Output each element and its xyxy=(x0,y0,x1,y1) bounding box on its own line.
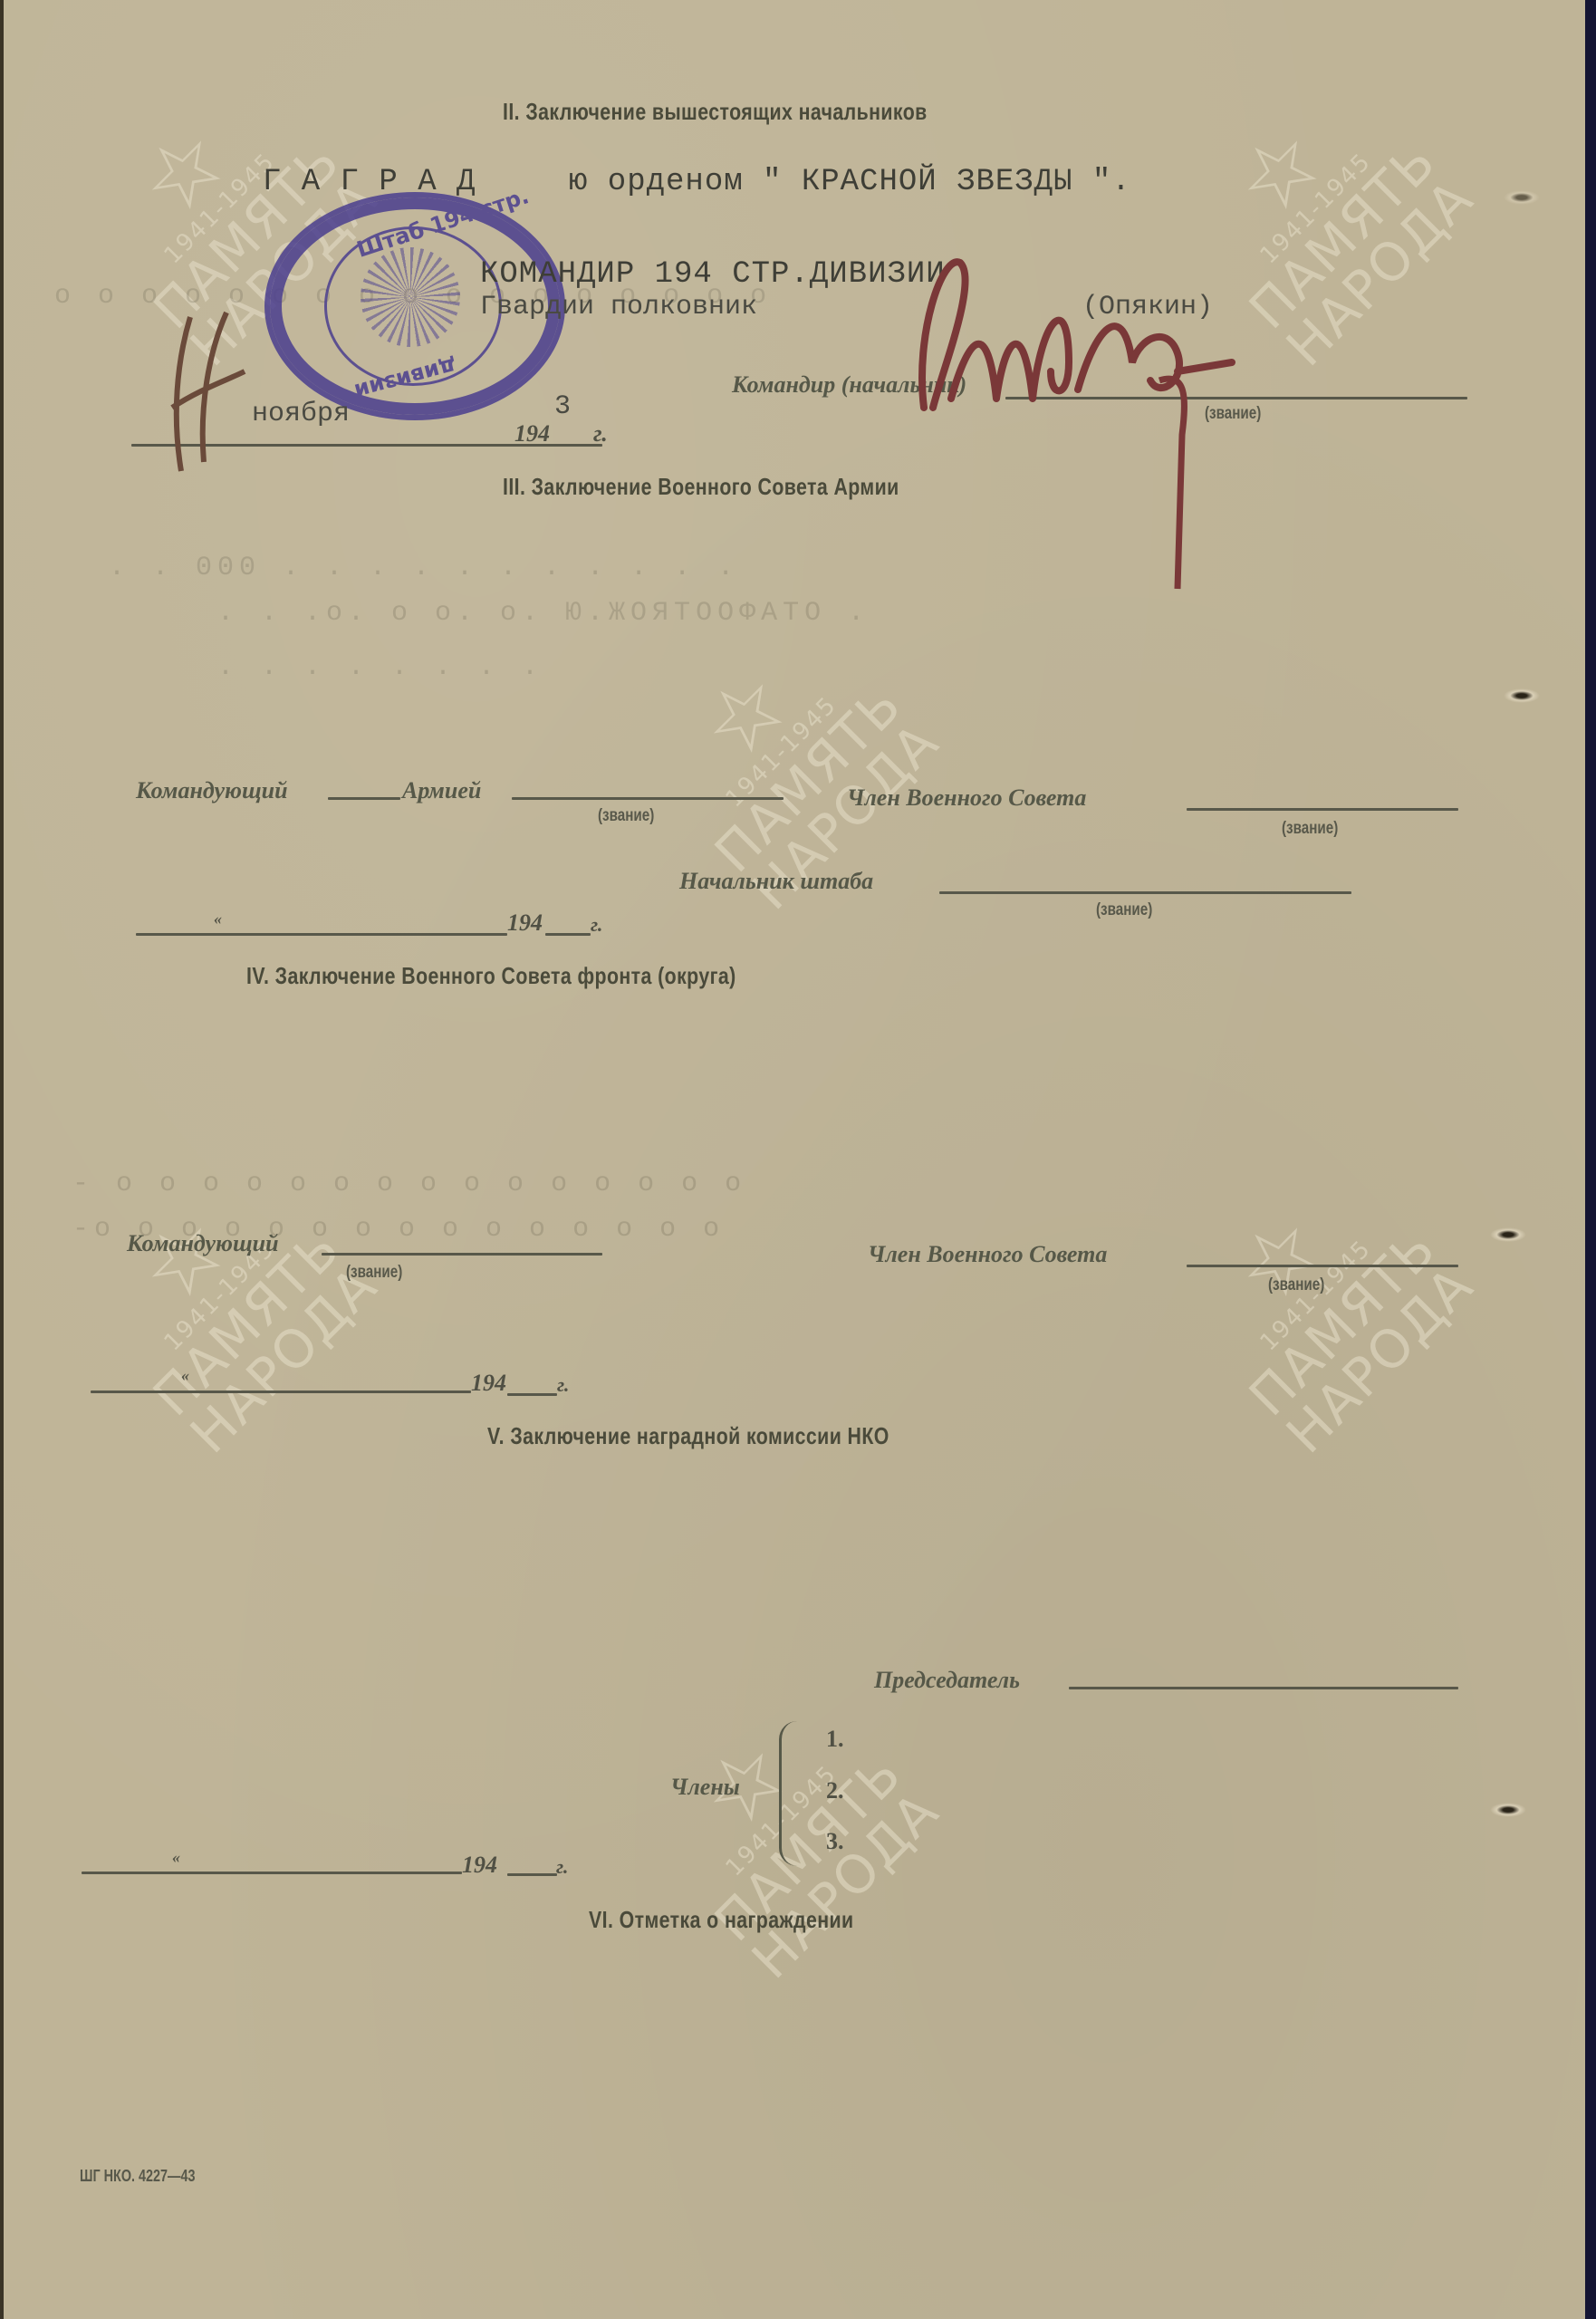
council-member-line xyxy=(1187,808,1458,811)
front-commander-label: Командующий xyxy=(127,1230,279,1257)
date-line xyxy=(136,933,507,936)
bleed-through-text: - о о о о о о о о о о о о о о о xyxy=(72,1169,746,1199)
chief-of-staff-label: Начальник штаба xyxy=(679,868,873,895)
section-5-heading: V. Заключение наградной комиссии НКО xyxy=(487,1422,889,1450)
date-g: г. xyxy=(593,420,608,447)
chairman-label: Председатель xyxy=(874,1667,1020,1694)
front-commander-line xyxy=(322,1253,602,1256)
bleed-through-text: . . . . . . . . xyxy=(217,652,543,683)
typed-commander-name: (Опякин) xyxy=(1082,292,1213,322)
punch-hole xyxy=(1490,1227,1526,1242)
punch-hole xyxy=(1490,1803,1526,1817)
member-1: 1. xyxy=(826,1726,844,1753)
typed-commander-title: КОМАНДИР 194 СТР.ДИВИЗИИ xyxy=(480,257,946,292)
section-4-heading: IV. Заключение Военного Совета фронта (о… xyxy=(246,962,736,990)
date-year: 194 xyxy=(507,909,543,937)
council-member-label: Член Военного Совета xyxy=(868,1241,1107,1268)
army-commander-label: Командующий xyxy=(136,777,288,804)
rank-caption: (звание) xyxy=(1282,819,1338,839)
members-label: Члены xyxy=(670,1774,740,1801)
date-year: 194 xyxy=(462,1852,497,1879)
commander-label: Командир (начальник) xyxy=(732,371,966,399)
chairman-line xyxy=(1069,1687,1458,1689)
date-line xyxy=(91,1390,471,1393)
print-code: ШГ НКО. 4227—43 xyxy=(80,2167,195,2186)
section-3-heading: III. Заключение Военного Совета Армии xyxy=(503,473,899,501)
page-edge-left xyxy=(0,0,4,2319)
document-page xyxy=(0,0,1585,2319)
rank-caption: (звание) xyxy=(598,806,654,826)
section-2-heading: II. Заключение вышестоящих начальников xyxy=(503,98,928,126)
date-line xyxy=(82,1872,462,1874)
rank-caption: (звание) xyxy=(1268,1275,1324,1295)
scan-border-right xyxy=(1585,0,1596,2319)
punch-hole xyxy=(1504,190,1540,205)
date-year: 194 xyxy=(471,1370,506,1397)
bleed-through-text: . . 000 . . . . . . . . . . . xyxy=(109,553,739,583)
coat-of-arms-icon xyxy=(361,247,460,347)
typed-date-year-digit: 3 xyxy=(554,391,571,422)
typed-commander-rank: Гвардии полковник xyxy=(480,292,757,322)
rank-caption: (звание) xyxy=(1096,900,1152,920)
commander-signature-line xyxy=(1005,397,1467,399)
typed-date-month: ноября xyxy=(252,399,350,429)
member-3: 3. xyxy=(826,1828,844,1855)
date-year-prefix: 194 xyxy=(514,420,550,447)
members-brace xyxy=(779,1721,805,1866)
council-member-label: Член Военного Совета xyxy=(847,784,1086,812)
commander-line-a xyxy=(328,797,400,800)
council-member-line xyxy=(1187,1265,1458,1267)
rank-caption: (звание) xyxy=(346,1263,402,1283)
chief-of-staff-line xyxy=(939,891,1351,894)
rank-caption: (звание) xyxy=(1205,404,1261,424)
typed-award-text: ю орденом " КРАСНОЙ ЗВЕЗДЫ ". xyxy=(569,165,1131,199)
member-2: 2. xyxy=(826,1777,844,1804)
army-commander-suffix: Армией xyxy=(402,777,481,804)
commander-line-b xyxy=(512,797,784,800)
bleed-through-text: . . .о. о о. о. Ю.ЖОЯТООФАТО . xyxy=(217,598,870,629)
section-6-heading: VI. Отметка о награждении xyxy=(589,1906,854,1934)
punch-hole xyxy=(1504,688,1540,703)
